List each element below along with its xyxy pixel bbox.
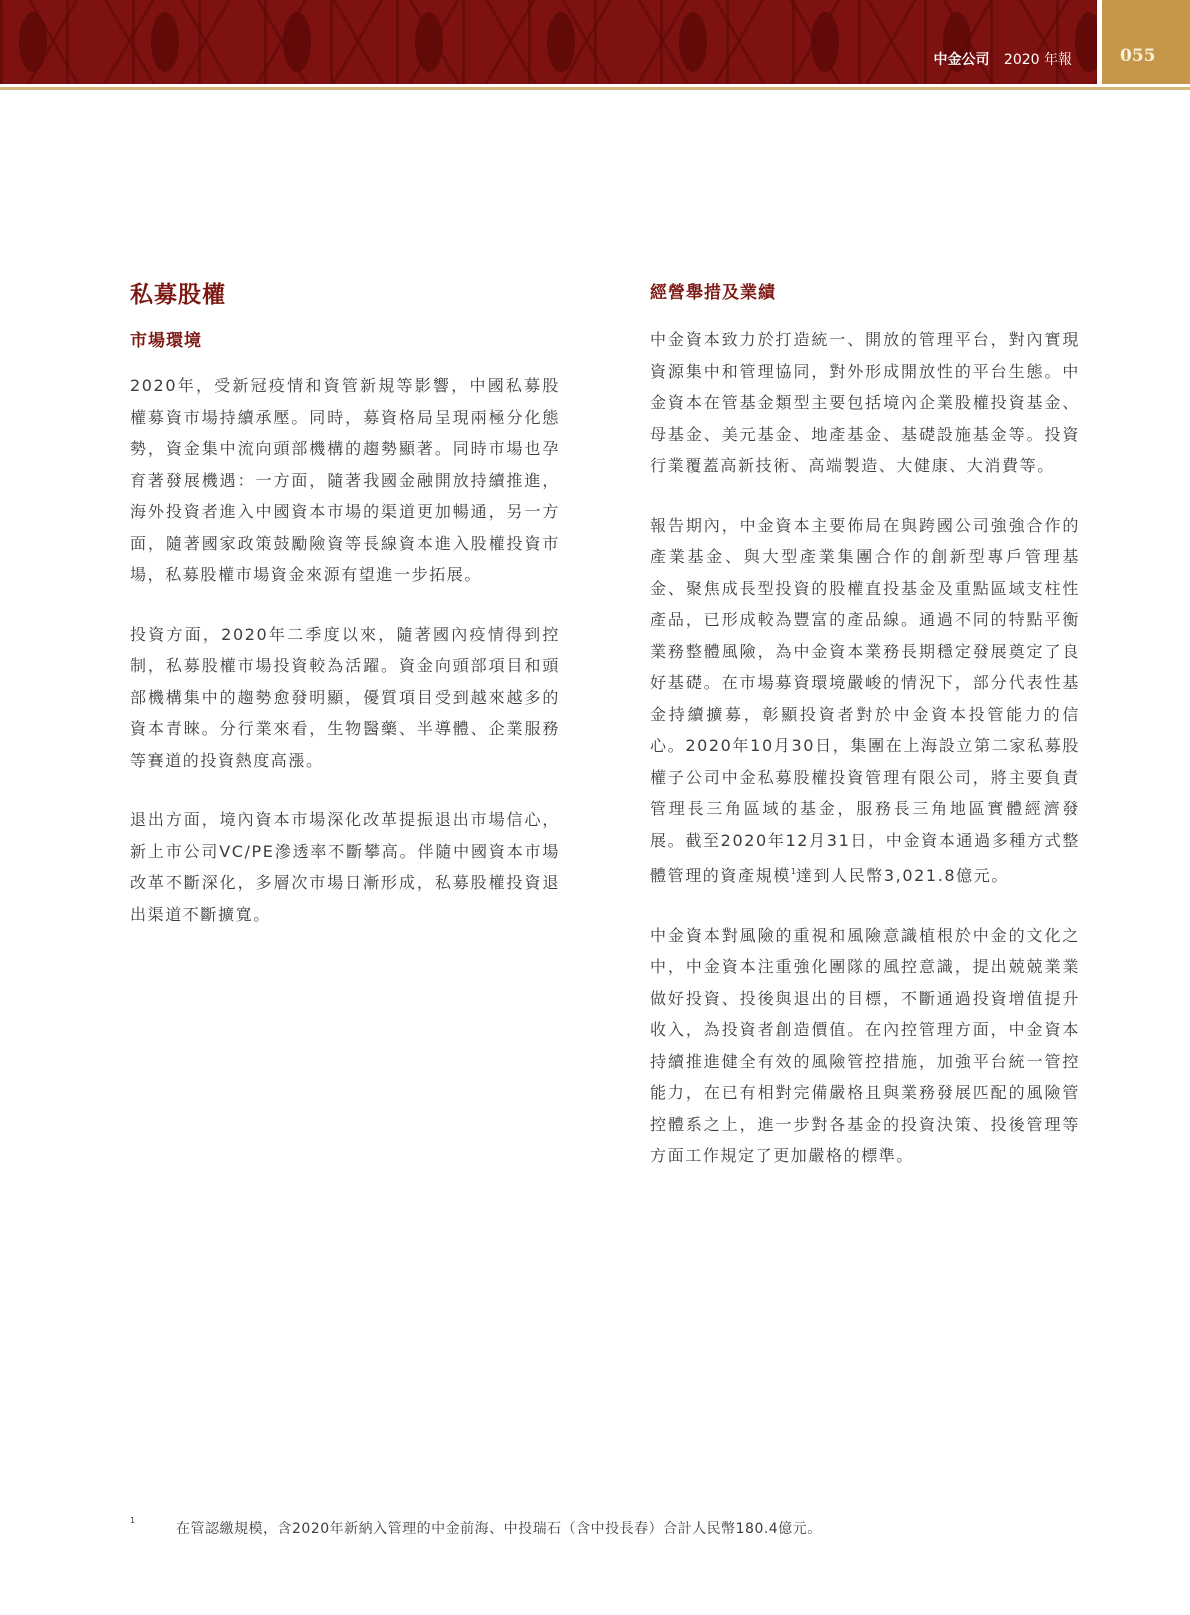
header-gold-rule: [0, 87, 1190, 90]
running-head-report: 2020 年報: [1004, 52, 1072, 68]
paragraph: 報告期內，中金資本主要佈局在與跨國公司強強合作的產業基金、與大型產業集團合作的創…: [650, 510, 1080, 892]
left-column: 私募股權 市場環境 2020年，受新冠疫情和資管新規等影響，中國私募股權募資市場…: [130, 280, 560, 958]
paragraph-text-tail: 達到人民幣3,021.8億元。: [796, 866, 1009, 885]
subsection-title-market: 市場環境: [130, 328, 560, 354]
paragraph: 中金資本對風險的重視和風險意識植根於中金的文化之中，中金資本注重強化團隊的風控意…: [650, 920, 1080, 1172]
paragraph: 退出方面，境內資本市場深化改革提振退出市場信心，新上市公司VC/PE滲透率不斷攀…: [130, 804, 560, 930]
footnote-number: 1: [130, 1516, 136, 1525]
subsection-title-operations: 經營舉措及業績: [650, 280, 1080, 306]
paragraph: 投資方面，2020年二季度以來，隨著國內疫情得到控制，私募股權市場投資較為活躍。…: [130, 619, 560, 777]
header-pattern-band: [0, 0, 1097, 84]
right-column: 經營舉措及業績 中金資本致力於打造統一、開放的管理平台，對內實現資源集中和管理協…: [650, 280, 1080, 1200]
page-number-tab: [1102, 0, 1190, 84]
running-head-company: 中金公司: [933, 52, 989, 68]
page-number: 055: [1120, 46, 1156, 66]
running-head: 中金公司 2020 年報: [933, 49, 1072, 69]
footnote-text: 在管認繳規模，含2020年新納入管理的中金前海、中投瑞石（含中投長春）合計人民幣…: [176, 1518, 822, 1538]
section-title: 私募股權: [130, 280, 560, 310]
paragraph: 中金資本致力於打造統一、開放的管理平台，對內實現資源集中和管理協同，對外形成開放…: [650, 324, 1080, 482]
paragraph-text: 報告期內，中金資本主要佈局在與跨國公司強強合作的產業基金、與大型產業集團合作的創…: [650, 516, 1080, 886]
paragraph: 2020年，受新冠疫情和資管新規等影響，中國私募股權募資市場持續承壓。同時，募資…: [130, 370, 560, 591]
